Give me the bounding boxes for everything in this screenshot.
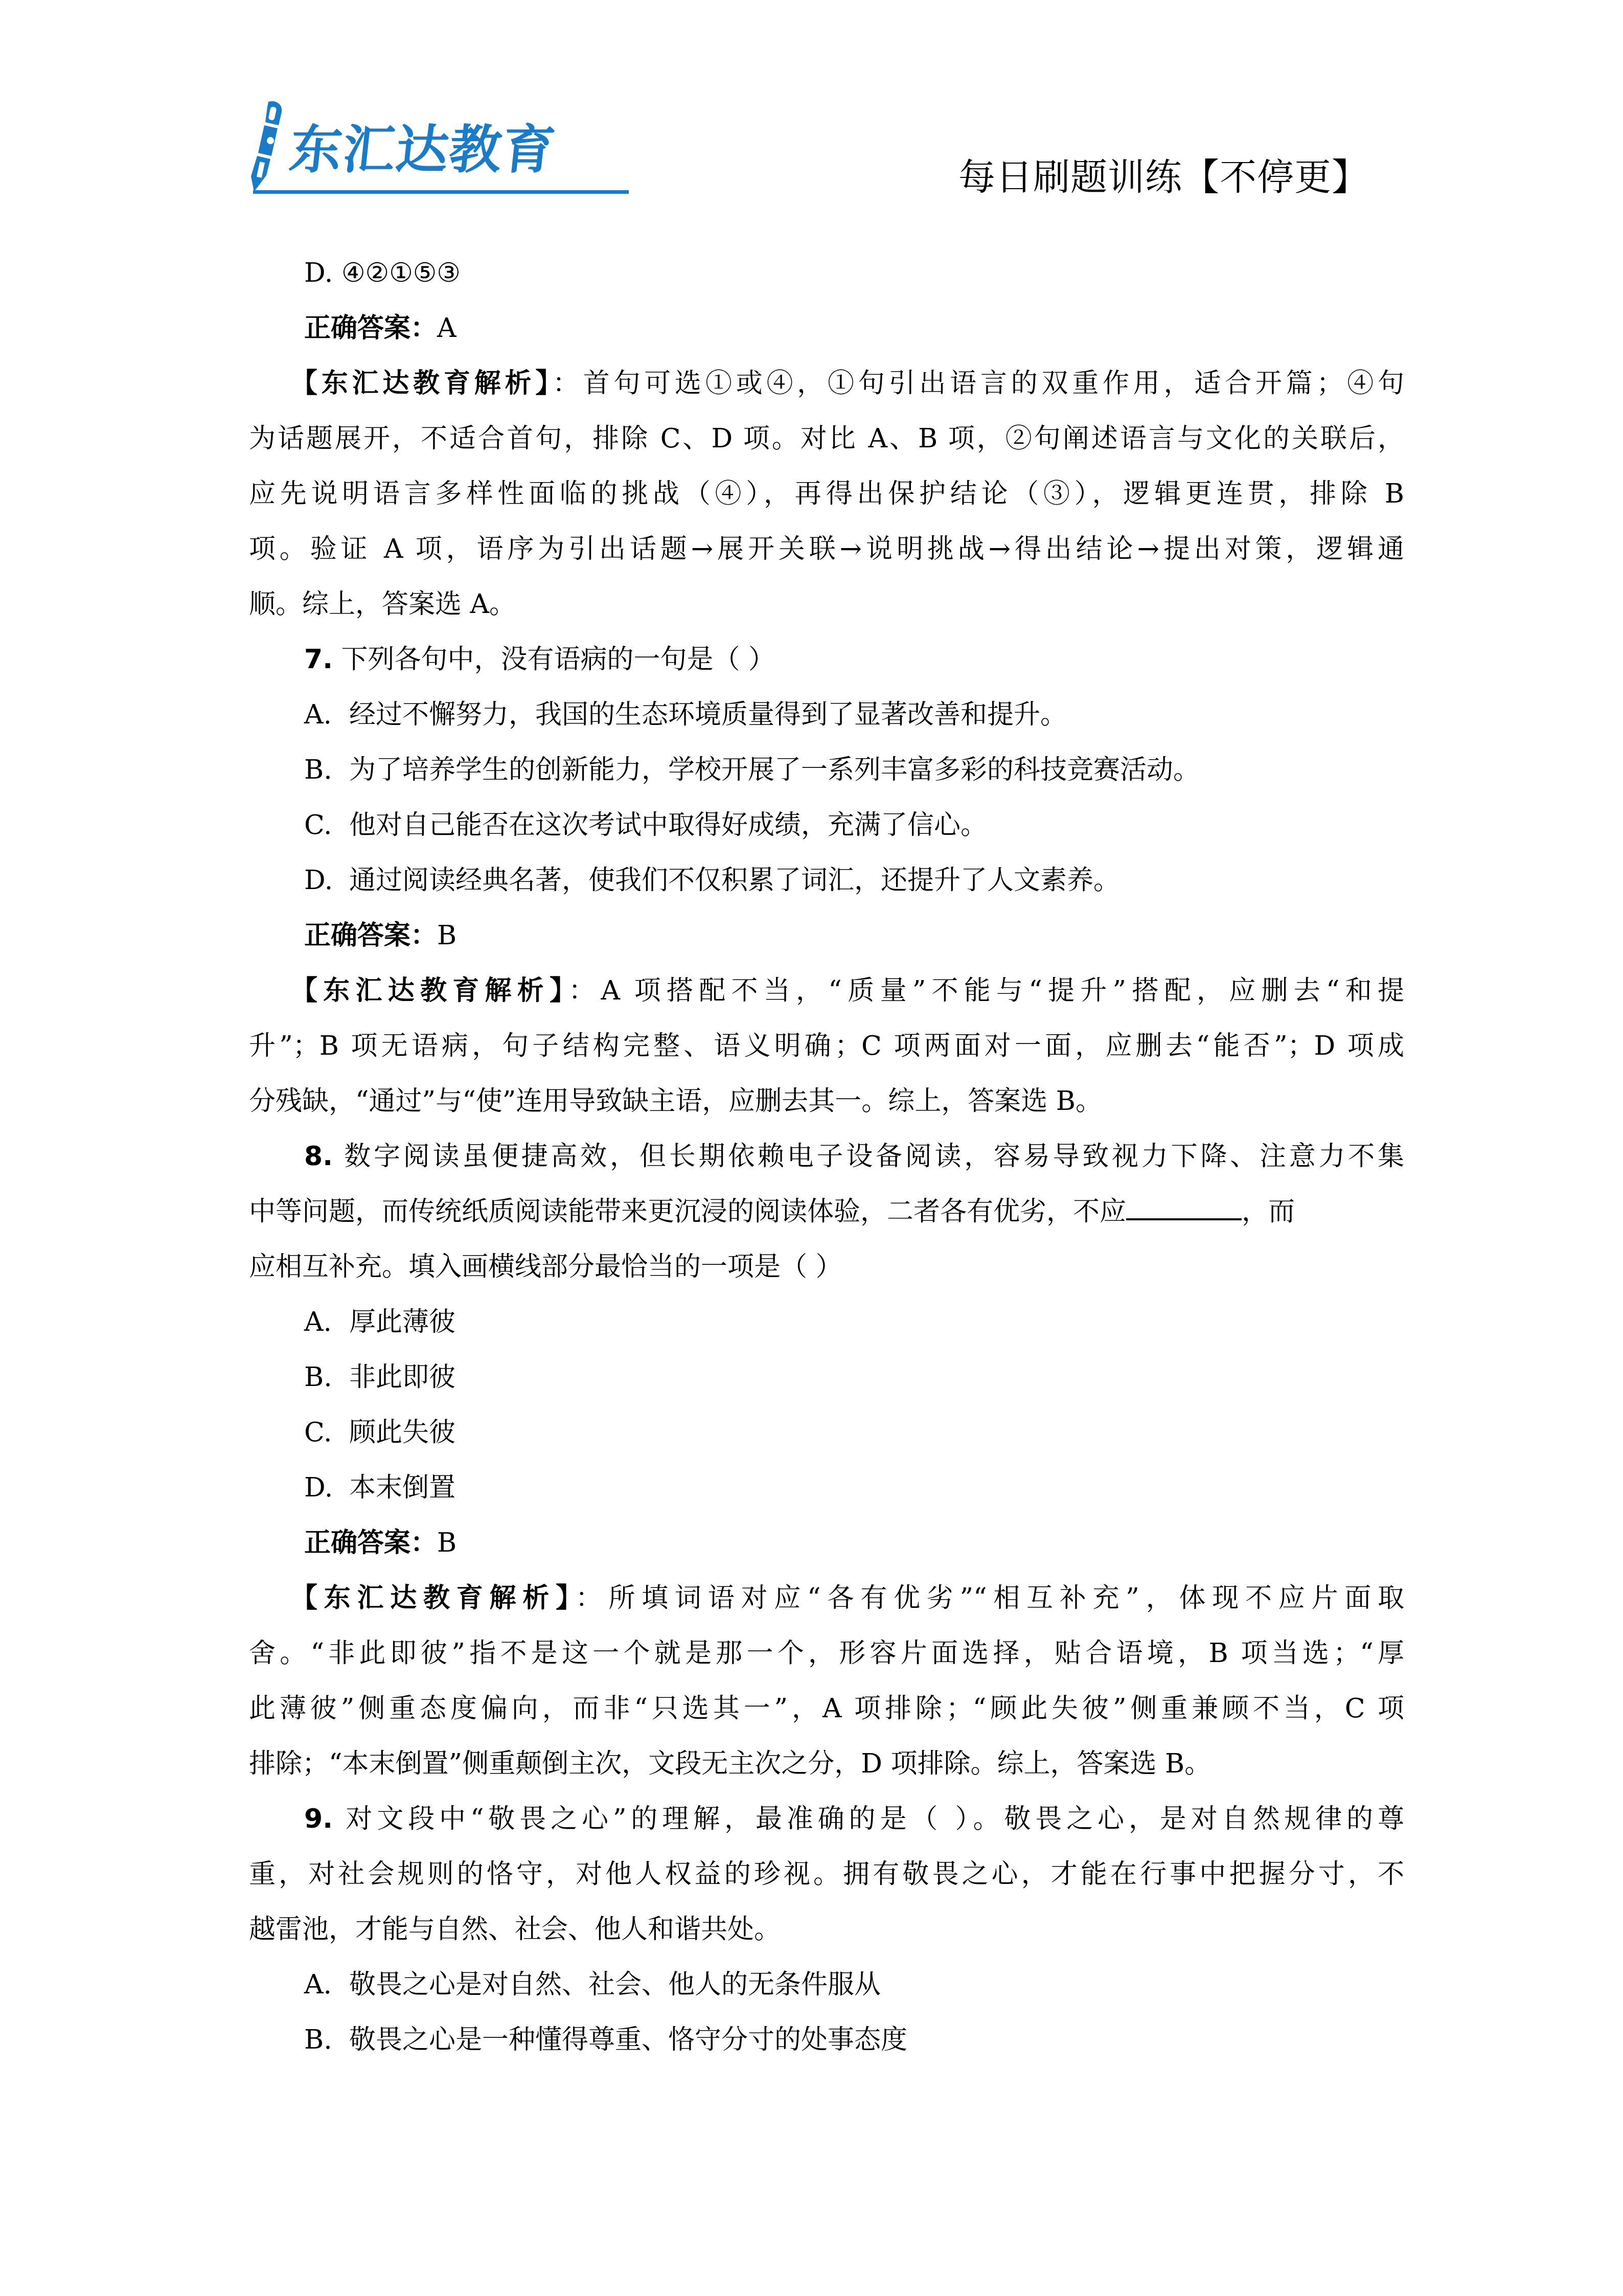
answer-value: B (437, 920, 456, 951)
q8-analysis-line: 此薄彼”侧重态度偏向，而非“只选其一”，A 项排除；“顾此失彼”侧重兼顾不当，C… (249, 1681, 1404, 1736)
analysis-label: 【东汇达教育解析】 (291, 975, 568, 1006)
q6-analysis-line: 项。验证 A 项，语序为引出话题→展开关联→说明挑战→得出结论→提出对策，逻辑通 (249, 521, 1404, 577)
page-header-title: 每日刷题训练【不停更】 (958, 158, 1369, 195)
q8-analysis-line: 舍。“非此即彼”指不是这一个就是那一个，形容片面选择，贴合语境，B 项当选；“厚 (249, 1626, 1404, 1681)
analysis-label: 【东汇达教育解析】 (291, 368, 553, 399)
q8-option-d: D.本末倒置 (249, 1460, 1404, 1515)
q9-option-b: B.敬畏之心是一种懂得尊重、恪守分寸的处事态度 (249, 2012, 1404, 2067)
document-body: D. ④②①⑤③ 正确答案：A 【东汇达教育解析】：首句可选①或④，①句引出语言… (249, 245, 1404, 2067)
fill-blank (1126, 1193, 1242, 1220)
logo-text: 东汇达教育 (287, 124, 559, 176)
q7-stem: 7. 下列各句中，没有语病的一句是（ ） (249, 632, 1404, 687)
q8-option-a: A.厚此薄彼 (249, 1294, 1404, 1350)
logo-underline (253, 190, 629, 194)
q7-option-c: C.他对自己能否在这次考试中取得好成绩，充满了信心。 (249, 798, 1404, 853)
q8-option-c: C.顾此失彼 (249, 1405, 1404, 1460)
q7-answer: 正确答案：B (249, 908, 1404, 963)
question-number: 8. (304, 1141, 333, 1172)
q7-analysis-line: 升”；B 项无语病，句子结构完整、语义明确；C 项两面对一面，应删去“能否”；D… (249, 1018, 1404, 1074)
brand-logo: 东汇达教育 (249, 100, 627, 197)
q8-stem-line: 应相互补充。填入画横线部分最恰当的一项是（ ） (249, 1239, 1404, 1294)
q6-analysis-line: 顺。综上，答案选 A。 (249, 577, 1404, 632)
q8-option-b: B.非此即彼 (249, 1350, 1404, 1405)
answer-value: B (437, 1528, 456, 1558)
q7-option-b: B.为了培养学生的创新能力，学校开展了一系列丰富多彩的科技竞赛活动。 (249, 742, 1404, 798)
q6-option-d: D. ④②①⑤③ (249, 245, 1404, 301)
q7-analysis-line: 【东汇达教育解析】：A 项搭配不当，“质量”不能与“提升”搭配，应删去“和提 (249, 963, 1404, 1018)
answer-label: 正确答案： (304, 920, 437, 951)
q9-stem-line: 越雷池，才能与自然、社会、他人和谐共处。 (249, 1902, 1404, 1957)
question-text: 下列各句中，没有语病的一句是（ ） (341, 644, 775, 675)
q9-option-a: A.敬畏之心是对自然、社会、他人的无条件服从 (249, 1957, 1404, 2012)
q7-analysis-line: 分残缺，“通过”与“使”连用导致缺主语，应删去其一。综上，答案选 B。 (249, 1074, 1404, 1129)
q6-analysis-line: 为话题展开，不适合首句，排除 C、D 项。对比 A、B 项，②句阐述语言与文化的… (249, 411, 1404, 466)
question-number: 7. (304, 644, 333, 675)
pencil-icon (249, 100, 290, 197)
q9-stem-line: 9. 对文段中“敬畏之心”的理解，最准确的是（ ）。敬畏之心，是对自然规律的尊 (249, 1791, 1404, 1847)
analysis-label: 【东汇达教育解析】 (291, 1582, 576, 1613)
q6-answer: 正确答案：A (249, 301, 1404, 356)
q9-stem-line: 重，对社会规则的恪守，对他人权益的珍视。拥有敬畏之心，才能在行事中把握分寸，不 (249, 1847, 1404, 1902)
q8-stem-line: 8. 数字阅读虽便捷高效，但长期依赖电子设备阅读，容易导致视力下降、注意力不集 (249, 1129, 1404, 1184)
answer-value: A (437, 313, 456, 344)
q8-stem-line: 中等问题，而传统纸质阅读能带来更沉浸的阅读体验，二者各有优劣，不应，而 (249, 1184, 1404, 1239)
q8-analysis-line: 排除；“本末倒置”侧重颠倒主次，文段无主次之分，D 项排除。综上，答案选 B。 (249, 1736, 1404, 1791)
answer-label: 正确答案： (304, 312, 437, 344)
q6-analysis-line: 【东汇达教育解析】：首句可选①或④，①句引出语言的双重作用，适合开篇；④句 (249, 356, 1404, 411)
q8-analysis-line: 【东汇达教育解析】：所填词语对应“各有优劣”“相互补充”，体现不应片面取 (249, 1571, 1404, 1626)
q8-answer: 正确答案：B (249, 1515, 1404, 1571)
q7-option-a: A.经过不懈努力，我国的生态环境质量得到了显著改善和提升。 (249, 687, 1404, 742)
q6-analysis-line: 应先说明语言多样性面临的挑战（④），再得出保护结论（③），逻辑更连贯，排除 B (249, 466, 1404, 521)
answer-label: 正确答案： (304, 1527, 437, 1558)
question-number: 9. (304, 1804, 333, 1834)
q7-option-d: D.通过阅读经典名著，使我们不仅积累了词汇，还提升了人文素养。 (249, 853, 1404, 908)
